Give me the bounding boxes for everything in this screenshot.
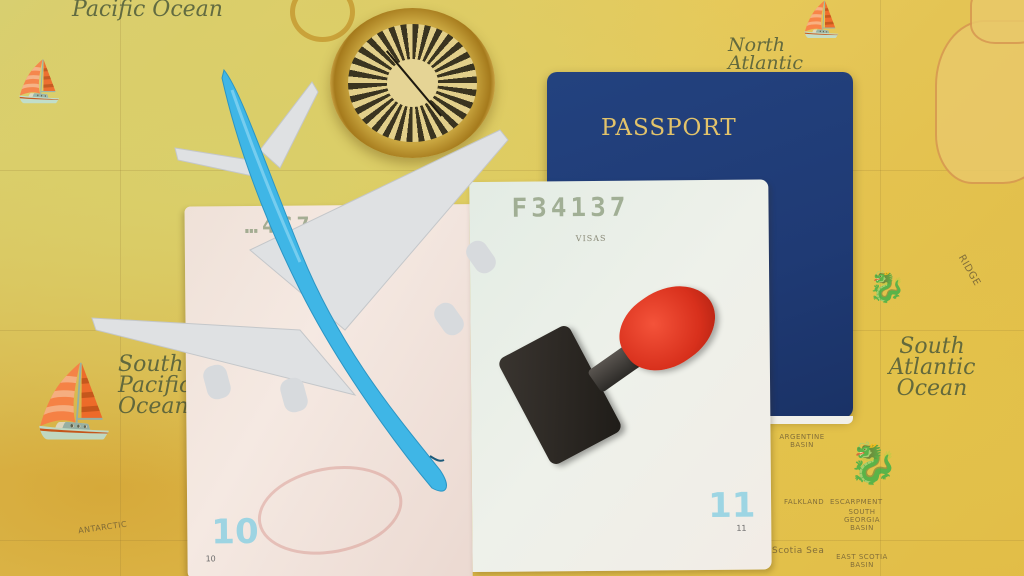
map-label-scotia-sea: Scotia Sea [772, 546, 824, 556]
land-europe [970, 0, 1024, 44]
rubber-stamp [510, 285, 730, 465]
page-number-left-small: 10 [206, 554, 216, 563]
ship-illustration-icon: ⛵ [14, 58, 64, 105]
sea-monster-illustration-icon: 🐉 [868, 270, 905, 305]
land-africa [935, 20, 1024, 184]
stamp-base [497, 323, 624, 467]
map-label-pacific-ocean: Pacific Ocean [72, 0, 223, 21]
map-label-south-atlantic: South Atlantic Ocean [872, 337, 992, 400]
map-label-south-georgia-basin: SOUTH GEORGIA BASIN [832, 508, 892, 532]
faded-ink-stamp [251, 455, 410, 566]
latitude-line [0, 170, 1024, 171]
passport-title: PASSPORT [601, 115, 737, 141]
map-label-text: Pacific Ocean [72, 0, 223, 22]
perforated-number-left: …4C7 [245, 213, 314, 239]
longitude-line [120, 0, 121, 576]
map-label-escarpment: ESCARPMENT [830, 498, 883, 506]
map-label-east-scotia-basin: EAST SCOTIA BASIN [832, 553, 892, 569]
map-label-argentine-basin: ARGENTINE BASIN [772, 433, 832, 449]
sea-monster-illustration-icon: 🐉 [848, 440, 898, 487]
page-number-left: 10 [211, 512, 259, 552]
page-number-right-small: 11 [736, 524, 746, 533]
map-label-falkland: FALKLAND [784, 498, 824, 506]
map-label-north-atlantic: North Atlantic [728, 36, 848, 72]
map-label-ridge: RIDGE [956, 253, 983, 288]
ship-illustration-icon: ⛵ [800, 0, 842, 40]
page-number-right: 11 [708, 486, 756, 526]
perforated-number-right: F34137 [511, 193, 629, 224]
visas-label: VISAS [576, 234, 607, 243]
brass-compass [330, 8, 495, 158]
compass-rose-icon [348, 24, 477, 142]
ship-illustration-icon: ⛵ [30, 360, 117, 443]
passport-page-left: …4C7 10 10 [184, 204, 472, 576]
